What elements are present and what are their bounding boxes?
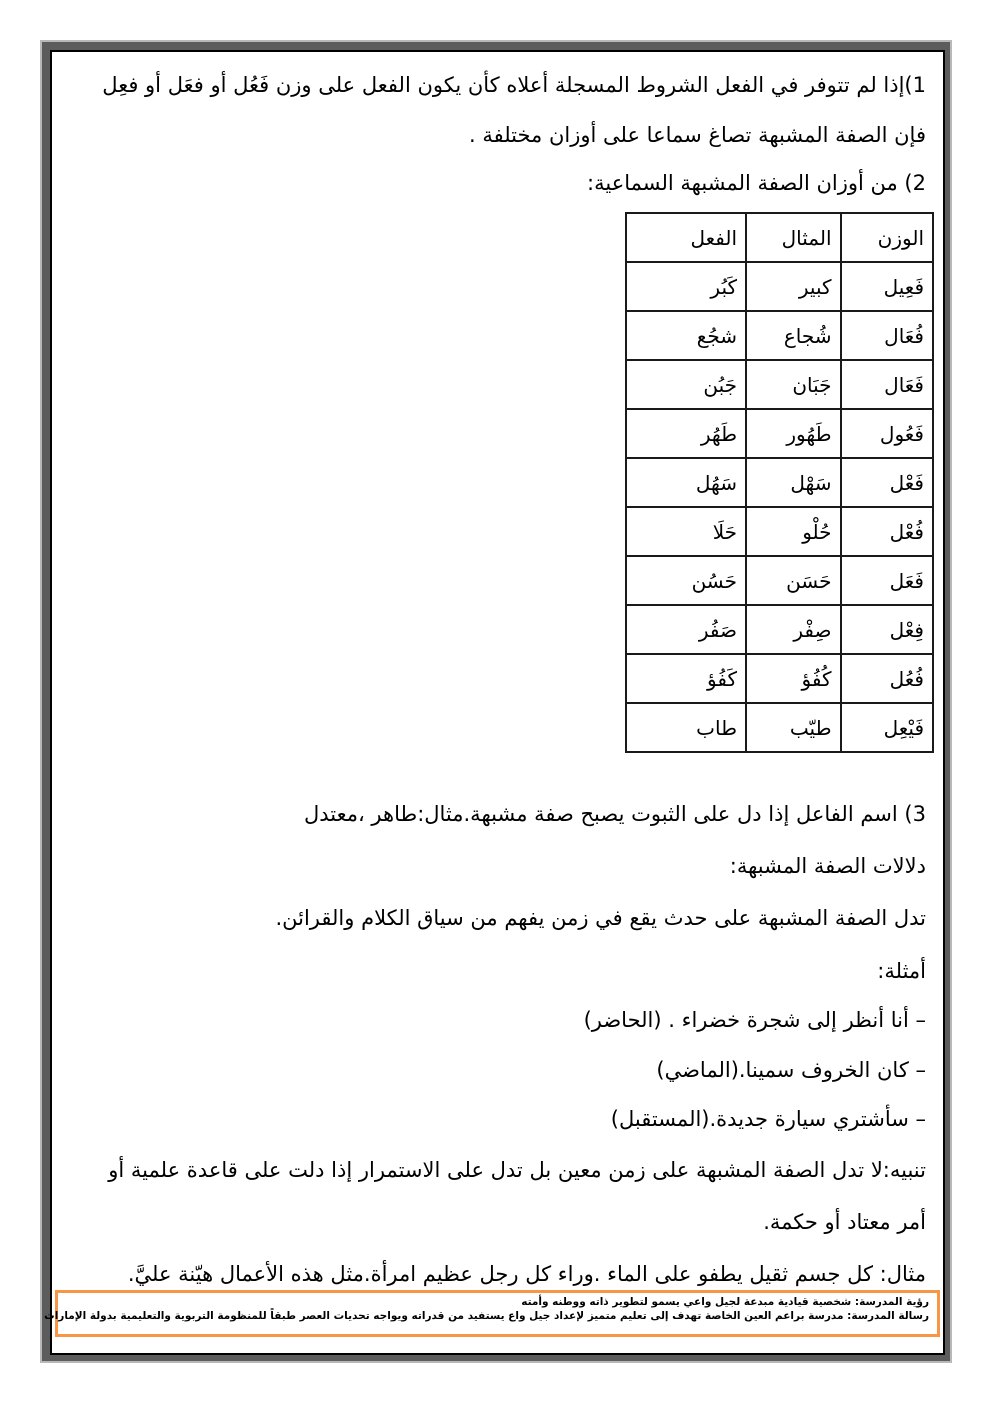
header-wazn: الوزن: [841, 213, 933, 262]
cell-fiil: جَبُن: [626, 360, 746, 409]
school-footer-box: رؤية المدرسة: شخصية قيادية مبدعة لجيل وا…: [55, 1290, 940, 1337]
cell-wazn: فَعَال: [841, 360, 933, 409]
note-line-1: تنبيه:لا تدل الصفة المشبهة على زمن معين …: [108, 1155, 926, 1185]
example-item: – سأشتري سيارة جديدة.(المستقبل): [611, 1104, 926, 1134]
cell-wazn: فُعَال: [841, 311, 933, 360]
cell-mithal: طَهُور: [746, 409, 841, 458]
cell-fiil: سَهُل: [626, 458, 746, 507]
header-fiil: الفعل: [626, 213, 746, 262]
table-row: فِعْل صِفْر صَفُر: [626, 605, 933, 654]
cell-mithal: صِفْر: [746, 605, 841, 654]
cell-fiil: طاب: [626, 703, 746, 752]
paragraph-1-line-2: فإن الصفة المشبهة تصاغ سماعا على أوزان م…: [469, 120, 926, 150]
table-row: فُعْل حُلْو حَلَا: [626, 507, 933, 556]
cell-fiil: طَهُر: [626, 409, 746, 458]
paragraph-2-heading: 2) من أوزان الصفة المشبهة السماعية:: [587, 168, 926, 198]
cell-mithal: جَبَان: [746, 360, 841, 409]
cell-mithal: كبير: [746, 262, 841, 311]
example-item: – أنا أنظر إلى شجرة خضراء . (الحاضر): [584, 1005, 926, 1035]
cell-fiil: صَفُر: [626, 605, 746, 654]
cell-wazn: فُعُل: [841, 654, 933, 703]
paragraph-1-line-1: 1)إذا لم تتوفر في الفعل الشروط المسجلة أ…: [102, 70, 926, 100]
example-item: – كان الخروف سمينا.(الماضي): [656, 1055, 926, 1085]
cell-mithal: طيّب: [746, 703, 841, 752]
note-line-2: أمر معتاد أو حكمة.: [763, 1207, 926, 1237]
school-mission: رسالة المدرسة: مدرسة براعم العين الخاصة …: [66, 1309, 929, 1323]
cell-mithal: كُفُؤ: [746, 654, 841, 703]
cell-fiil: حَسُن: [626, 556, 746, 605]
cell-mithal: سَهْل: [746, 458, 841, 507]
cell-mithal: حَسَن: [746, 556, 841, 605]
section-heading: دلالات الصفة المشبهة:: [730, 851, 926, 881]
table-row: فَعْل سَهْل سَهُل: [626, 458, 933, 507]
cell-wazn: فَعْل: [841, 458, 933, 507]
school-vision: رؤية المدرسة: شخصية قيادية مبدعة لجيل وا…: [66, 1295, 929, 1309]
cell-fiil: شجُع: [626, 311, 746, 360]
cell-wazn: فَعَل: [841, 556, 933, 605]
note-example: مثال: كل جسم ثقيل يطفو على الماء .وراء ك…: [128, 1259, 926, 1289]
table-row: فَعُول طَهُور طَهُر: [626, 409, 933, 458]
weights-table: الوزن المثال الفعل فَعِيل كبير كَبُر فُع…: [625, 212, 934, 753]
paragraph-3: 3) اسم الفاعل إذا دل على الثبوت يصبح صفة…: [304, 799, 926, 829]
table-row: فَعَال جَبَان جَبُن: [626, 360, 933, 409]
cell-mithal: حُلْو: [746, 507, 841, 556]
cell-mithal: شُجاع: [746, 311, 841, 360]
cell-wazn: فُعْل: [841, 507, 933, 556]
table-row: فَعِيل كبير كَبُر: [626, 262, 933, 311]
cell-wazn: فَعِيل: [841, 262, 933, 311]
examples-heading: أمثلة:: [877, 956, 926, 986]
cell-fiil: كَفُؤ: [626, 654, 746, 703]
cell-wazn: فَعُول: [841, 409, 933, 458]
cell-wazn: فِعْل: [841, 605, 933, 654]
cell-wazn: فَيْعِل: [841, 703, 933, 752]
table-header-row: الوزن المثال الفعل: [626, 213, 933, 262]
cell-fiil: كَبُر: [626, 262, 746, 311]
table-row: فُعَال شُجاع شجُع: [626, 311, 933, 360]
table-row: فَيْعِل طيّب طاب: [626, 703, 933, 752]
table-row: فَعَل حَسَن حَسُن: [626, 556, 933, 605]
section-body: تدل الصفة المشبهة على حدث يقع في زمن يفه…: [275, 903, 926, 933]
header-mithal: المثال: [746, 213, 841, 262]
cell-fiil: حَلَا: [626, 507, 746, 556]
table-row: فُعُل كُفُؤ كَفُؤ: [626, 654, 933, 703]
